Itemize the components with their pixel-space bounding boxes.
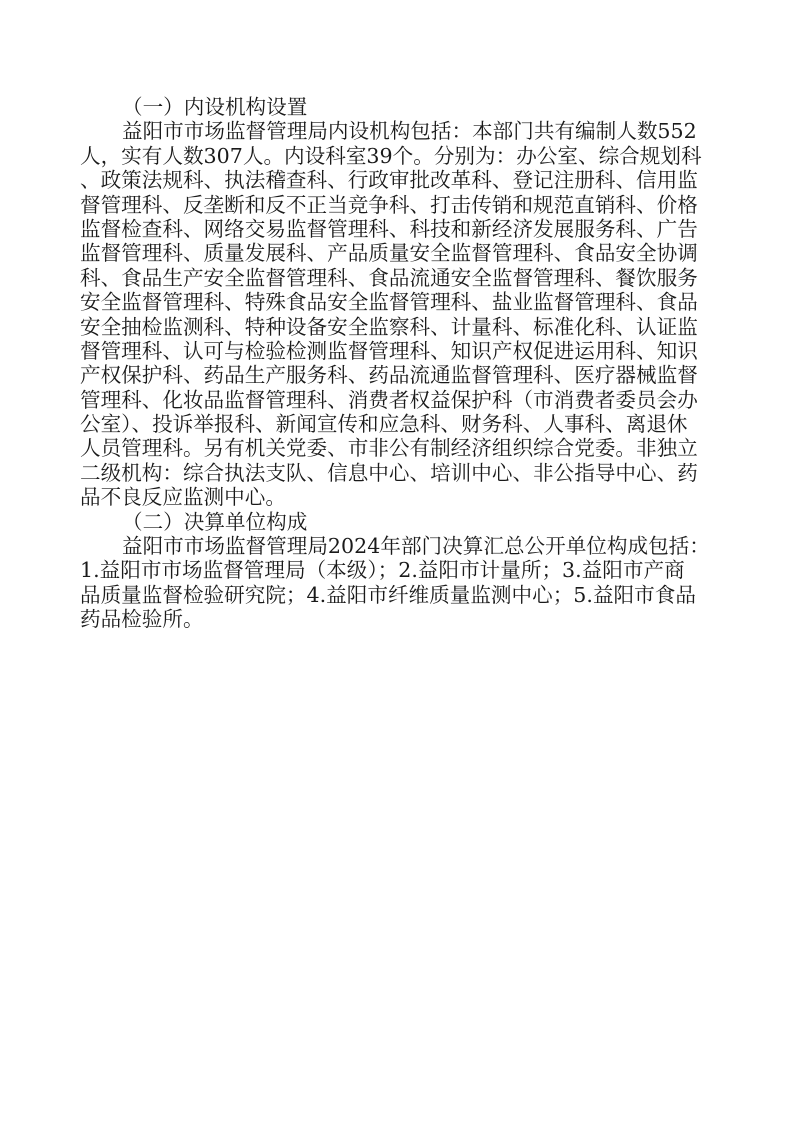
paragraph-line: 人，实有人数307人。内设科室39个。分别为：办公室、综合规划科 (80, 144, 713, 168)
paragraph-line: 药品检验所。 (80, 607, 713, 631)
paragraph-line: 督管理科、认可与检验检测监督管理科、知识产权促进运用科、知识 (80, 339, 713, 363)
paragraph-line: 产权保护科、药品生产服务科、药品流通监督管理科、医疗器械监督 (80, 363, 713, 387)
paragraph-line: 公室）、投诉举报科、新闻宣传和应急科、财务科、人事科、离退休 (80, 412, 713, 436)
paragraph-line: 、政策法规科、执法稽查科、行政审批改革科、登记注册科、信用监 (80, 168, 713, 192)
section-heading-internal-organization: （一）内设机构设置 (80, 95, 713, 119)
paragraph-line: 益阳市市场监督管理局内设机构包括：本部门共有编制人数552 (80, 119, 713, 143)
paragraph-line: 品不良反应监测中心。 (80, 485, 713, 509)
paragraph-line: 科、食品生产安全监督管理科、食品流通安全监督管理科、餐饮服务 (80, 266, 713, 290)
paragraph-line: 安全抽检监测科、特种设备安全监察科、计量科、标准化科、认证监 (80, 315, 713, 339)
paragraph-line: 人员管理科。另有机关党委、市非公有制经济组织综合党委。非独立 (80, 436, 713, 460)
paragraph-line: 品质量监督检验研究院；4.益阳市纤维质量监测中心；5.益阳市食品 (80, 583, 713, 607)
paragraph-line: 管理科、化妆品监督管理科、消费者权益保护科（市消费者委员会办 (80, 388, 713, 412)
section-heading-budget-units: （二）决算单位构成 (80, 510, 713, 534)
paragraph-line: 监督检查科、网络交易监督管理科、科技和新经济发展服务科、广告 (80, 217, 713, 241)
paragraph-line: 益阳市市场监督管理局2024年部门决算汇总公开单位构成包括： (80, 534, 713, 558)
paragraph-line: 督管理科、反垄断和反不正当竞争科、打击传销和规范直销科、价格 (80, 193, 713, 217)
document-page: （一）内设机构设置 益阳市市场监督管理局内设机构包括：本部门共有编制人数552 … (80, 95, 713, 632)
paragraph-line: 1.益阳市市场监督管理局（本级）；2.益阳市计量所；3.益阳市产商 (80, 558, 713, 582)
paragraph-line: 监督管理科、质量发展科、产品质量安全监督管理科、食品安全协调 (80, 241, 713, 265)
paragraph-line: 二级机构：综合执法支队、信息中心、培训中心、非公指导中心、药 (80, 461, 713, 485)
paragraph-line: 安全监督管理科、特殊食品安全监督管理科、盐业监督管理科、食品 (80, 290, 713, 314)
